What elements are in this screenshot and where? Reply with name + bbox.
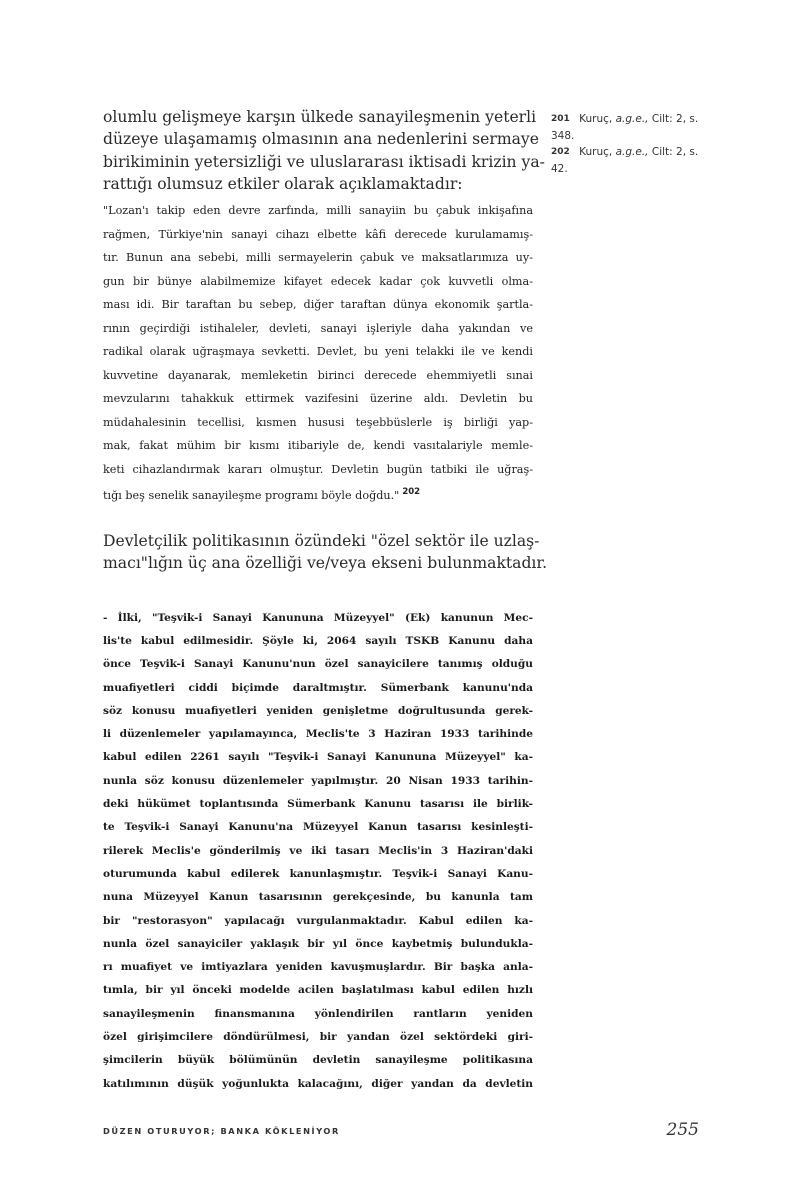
footnote-ref: a.g.e.,	[616, 113, 649, 125]
footnote-number: 201	[551, 114, 570, 124]
lead-paragraph: olumlu gelişmeye karşın ülkede sanayileş…	[103, 106, 533, 195]
text-line: macı"lığın üç ana özelliği ve/veya eksen…	[103, 552, 533, 575]
quote-line: tığı beş senelik sanayileşme programı bö…	[103, 489, 399, 502]
text-line: Devletçilik politikasının özündeki "özel…	[103, 530, 533, 553]
bold-line: sanayileşmenin finansmanına yönlendirile…	[103, 1003, 533, 1026]
text-line: birikiminin yetersizliği ve uluslararası…	[103, 151, 533, 173]
quote-line: "Lozan'ı takip eden devre zarfında, mill…	[103, 199, 533, 223]
quote-line: ması idi. Bir taraftan bu sebep, diğer t…	[103, 293, 533, 317]
second-paragraph: Devletçilik politikasının özündeki "özel…	[103, 530, 533, 575]
footnote-ref: a.g.e.,	[616, 146, 649, 158]
footnote-author: Kuruç,	[579, 146, 612, 158]
quote-last-line: tığı beş senelik sanayileşme programı bö…	[103, 481, 533, 508]
bold-line: muafiyetleri ciddi biçimde daraltmıştır.…	[103, 677, 533, 700]
bold-line: kabul edilen 2261 sayılı "Teşvik-i Sanay…	[103, 746, 533, 769]
footnote-reference[interactable]: 202	[402, 487, 420, 497]
bold-line: - İlki, "Teşvik-i Sanayi Kanununa Müzeyy…	[103, 607, 533, 630]
text-line: düzeye ulaşamamış olmasının ana nedenler…	[103, 128, 533, 150]
footnote-202-cont: 42.	[551, 161, 721, 178]
book-page: olumlu gelişmeye karşın ülkede sanayileş…	[0, 0, 799, 1200]
bold-line: nuna Müzeyyel Kanun tasarısının gerekçes…	[103, 886, 533, 909]
footnote-201-cont: 348.	[551, 128, 721, 145]
block-quote: "Lozan'ı takip eden devre zarfında, mill…	[103, 199, 533, 508]
bold-line: katılımının düşük yoğunlukta kalacağını,…	[103, 1073, 533, 1096]
bold-line: lis'te kabul edilmesidir. Şöyle ki, 2064…	[103, 630, 533, 653]
quote-line: kuvvetine dayanarak, memleketin birinci …	[103, 364, 533, 388]
quote-line: radikal olarak uğraşmaya sevketti. Devle…	[103, 340, 533, 364]
bold-paragraph: - İlki, "Teşvik-i Sanayi Kanununa Müzeyy…	[103, 607, 533, 1096]
text-line: olumlu gelişmeye karşın ülkede sanayileş…	[103, 106, 533, 128]
footnote-201: 201 Kuruç, a.g.e., Cilt: 2, s.	[551, 111, 721, 128]
margin-footnotes: 201 Kuruç, a.g.e., Cilt: 2, s. 348. 202 …	[551, 111, 721, 177]
footnote-202: 202 Kuruç, a.g.e., Cilt: 2, s.	[551, 144, 721, 161]
bold-line: bir "restorasyon" yapılacağı vurgulanmak…	[103, 910, 533, 933]
quote-line: rağmen, Türkiye'nin sanayi cihazı elbett…	[103, 223, 533, 247]
bold-line: şimcilerin büyük bölümünün devletin sana…	[103, 1049, 533, 1072]
bold-line: rilerek Meclis'e gönderilmiş ve iki tasa…	[103, 840, 533, 863]
bold-line: deki hükümet toplantısında Sümerbank Kan…	[103, 793, 533, 816]
page-number: 255	[667, 1120, 699, 1140]
quote-line: müdahalesinin tecellisi, kısmen hususi t…	[103, 411, 533, 435]
bold-line: nunla özel sanayiciler yaklaşık bir yıl …	[103, 933, 533, 956]
quote-line: mak, fakat mühim bir kısmı itibariyle de…	[103, 434, 533, 458]
bold-line: nunla söz konusu düzenlemeler yapılmıştı…	[103, 770, 533, 793]
main-text-column: olumlu gelişmeye karşın ülkede sanayileş…	[103, 106, 533, 1096]
bold-line: li düzenlemeler yapılamayınca, Meclis'te…	[103, 723, 533, 746]
quote-line: mevzularını tahakkuk ettirmek vazifesini…	[103, 387, 533, 411]
bold-line: oturumunda kabul edilerek kanunlaşmıştır…	[103, 863, 533, 886]
quote-line: tır. Bunun ana sebebi, milli sermayeleri…	[103, 246, 533, 270]
bold-line: te Teşvik-i Sanayi Kanunu'na Müzeyyel Ka…	[103, 816, 533, 839]
bold-line: önce Teşvik-i Sanayi Kanunu'nun özel san…	[103, 653, 533, 676]
quote-line: rının geçirdiği istihaleler, devleti, sa…	[103, 317, 533, 341]
text-line: rattığı olumsuz etkiler olarak açıklamak…	[103, 173, 533, 195]
running-footer-title: DÜZEN OTURUYOR; BANKA KÖKLENİYOR	[103, 1126, 340, 1136]
footnote-rest: Cilt: 2, s.	[652, 146, 698, 158]
quote-line: gun bir bünye alabilmemize kifayet edece…	[103, 270, 533, 294]
footnote-rest: Cilt: 2, s.	[652, 113, 698, 125]
quote-line: keti cihazlandırmak kararı olmuştur. Dev…	[103, 458, 533, 482]
bold-line: rı muafiyet ve imtiyazlara yeniden kavuş…	[103, 956, 533, 979]
bold-line: söz konusu muafiyetleri yeniden genişlet…	[103, 700, 533, 723]
bold-line: özel girişimcilere döndürülmesi, bir yan…	[103, 1026, 533, 1049]
footnote-author: Kuruç,	[579, 113, 612, 125]
bold-line: tımla, bir yıl önceki modelde acilen baş…	[103, 979, 533, 1002]
footnote-number: 202	[551, 147, 570, 157]
